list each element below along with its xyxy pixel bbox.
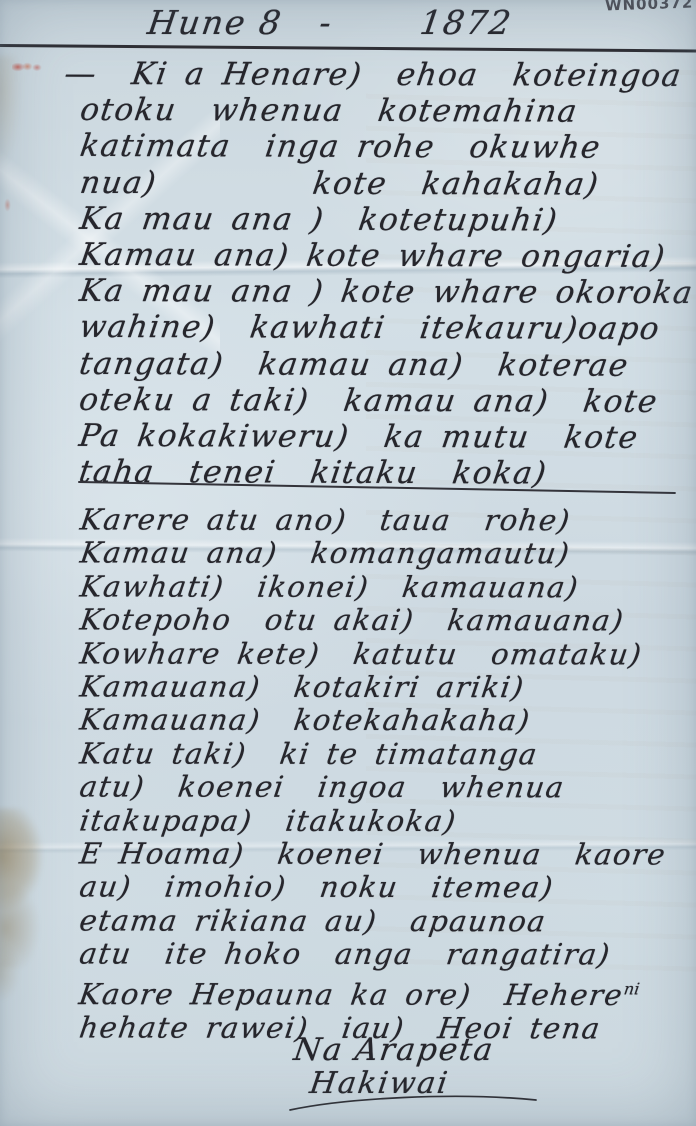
letter-line-text: atu) koenei ingoa whenua bbox=[78, 771, 567, 805]
letter-line: Ka mau ana ) kote whare okoroka bbox=[64, 273, 696, 312]
letter-line-text: Kamau ana) kote whare ongaria) bbox=[77, 237, 668, 275]
letter-line-text: itakupapa) itakukoka) bbox=[78, 804, 459, 838]
letter-line-text: Kaore Hepauna ka ore) Hehereni bbox=[77, 971, 642, 1012]
letter-block-opening: — Ki a Henare) ehoa koteingoaotoku whenu… bbox=[63, 56, 696, 493]
top-rule bbox=[0, 44, 696, 52]
signature-name: Na Arapeta bbox=[294, 1032, 494, 1068]
letter-line: — Ki a Henare) ehoa koteingoa bbox=[65, 56, 696, 95]
paper-stain bbox=[0, 808, 70, 968]
paper-stain bbox=[0, 56, 40, 336]
letter-line: Ka mau ana ) kotetupuhi) bbox=[64, 201, 696, 240]
letter-line: etama rikiana au) apaunoa bbox=[64, 904, 696, 939]
letter-line: Kawhati) ikonei) kamauana) bbox=[64, 570, 696, 605]
paper-stain bbox=[0, 940, 32, 1020]
letter-line-text: otoku whenua kotemahina bbox=[78, 92, 580, 130]
letter-line: tangata) kamau ana) koterae bbox=[64, 345, 696, 384]
signature-name-text: Na Arapeta bbox=[291, 1032, 496, 1068]
letter-line-text: oteku a taki) kamau ana) kote bbox=[77, 382, 661, 420]
letter-line: atu) koenei ingoa whenua bbox=[64, 771, 696, 806]
letter-line-text: Katu taki) ki te timatanga bbox=[78, 737, 541, 771]
letter-line-text: Kamau ana) komangamautu) bbox=[78, 537, 572, 571]
letter-line: Kamauana) kotakiri ariki) bbox=[64, 670, 696, 705]
letter-page: WN00372 Hune 8 - 1872 — Ki a Henare) eho… bbox=[0, 0, 696, 1126]
letter-line: oteku a taki) kamau ana) kote bbox=[63, 382, 696, 421]
letter-line-text: Kawhati) ikonei) kamauana) bbox=[78, 570, 581, 604]
letter-line: Kamauana) kotekahakaha) bbox=[64, 704, 696, 739]
date-text: Hune 8 - 1872 bbox=[145, 3, 515, 42]
letter-line-text: Kamauana) kotakiri ariki) bbox=[78, 670, 527, 704]
catalog-number: WN00372 bbox=[604, 0, 693, 15]
letter-line: Kotepoho otu akai) kamauana) bbox=[64, 604, 696, 639]
letter-line: Kamau ana) komangamautu) bbox=[64, 537, 696, 572]
letter-line: Katu taki) ki te timatanga bbox=[64, 737, 696, 772]
letter-line: katimata inga rohe okuwhe bbox=[64, 128, 696, 167]
letter-line: wahine) kawhati itekauru)oapo bbox=[64, 309, 696, 348]
letter-line: Karere atu ano) taua rohe) bbox=[64, 503, 696, 538]
letter-line: itakupapa) itakukoka) bbox=[64, 804, 696, 839]
red-ink-mark bbox=[12, 62, 44, 72]
letter-block-body: Karere atu ano) taua rohe)Kamau ana) kom… bbox=[64, 503, 696, 1045]
letter-line-text: Ka mau ana ) kote whare okoroka bbox=[77, 273, 696, 311]
letter-line: otoku whenua kotemahina bbox=[65, 92, 696, 131]
letter-line-text: katimata inga rohe okuwhe bbox=[78, 128, 604, 166]
letter-line: Kamau ana) kote whare ongaria) bbox=[64, 237, 696, 276]
signature-flourish bbox=[286, 1092, 544, 1116]
letter-line: nua) kote kahakaha) bbox=[64, 164, 696, 203]
letter-line-text: au) imohio) noku itemea) bbox=[77, 871, 556, 905]
letter-line-text: Kamauana) kotekahakaha) bbox=[78, 704, 533, 738]
letter-line-text: tangata) kamau ana) koterae bbox=[77, 346, 631, 384]
red-ink-mark bbox=[3, 196, 12, 214]
letter-line-text: wahine) kawhati itekauru)oapo bbox=[77, 309, 663, 347]
letter-line: atu ite hoko anga rangatira) bbox=[64, 938, 696, 973]
letter-line-text: atu ite hoko anga rangatira) bbox=[77, 938, 613, 972]
letter-line-text: Pa kokakiweru) ka mutu kote bbox=[77, 418, 641, 456]
letter-line-text: nua) kote kahakaha) bbox=[78, 165, 602, 203]
letter-line: au) imohio) noku itemea) bbox=[64, 871, 696, 906]
letter-line-text: Kotepoho otu akai) kamauana) bbox=[78, 604, 627, 638]
letter-line-text: Ka mau ana ) kotetupuhi) bbox=[78, 201, 561, 239]
letter-line-text: — Ki a Henare) ehoa koteingoa bbox=[62, 56, 684, 94]
letter-line: Kowhare kete) katutu omataku) bbox=[64, 637, 696, 672]
letter-line-text: E Hoama) koenei whenua kaore bbox=[77, 838, 668, 872]
letter-line: Pa kokakiweru) ka mutu kote bbox=[63, 418, 696, 457]
superscript: ni bbox=[623, 979, 641, 998]
date-line: Hune 8 - 1872 bbox=[148, 3, 512, 42]
letter-line-text: Kowhare kete) katutu omataku) bbox=[78, 637, 645, 671]
letter-line-text: etama rikiana au) apaunoa bbox=[77, 904, 548, 938]
letter-line-text: Karere atu ano) taua rohe) bbox=[78, 503, 573, 537]
letter-line: E Hoama) koenei whenua kaore bbox=[64, 837, 696, 872]
letter-line: Kaore Hepauna ka ore) Hehereni bbox=[64, 971, 696, 1012]
